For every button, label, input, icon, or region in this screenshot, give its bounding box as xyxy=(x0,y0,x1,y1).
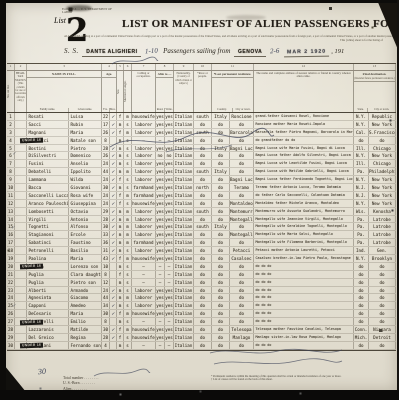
cell: s xyxy=(124,137,132,144)
col-yrs: Yrs. xyxy=(102,108,110,112)
cell: do do do xyxy=(254,263,354,270)
cell xyxy=(15,121,27,128)
cell: yes xyxy=(165,160,174,167)
cell: s xyxy=(124,318,132,325)
cell: Manlago xyxy=(230,334,254,341)
cell: Bostini xyxy=(27,145,69,152)
cell: f xyxy=(117,129,124,136)
cell: N.Y. xyxy=(354,176,369,183)
cell: Montegallo wife Jeannine Virgili, Monteg… xyxy=(254,216,354,223)
cell: s xyxy=(124,302,132,309)
cell xyxy=(15,216,27,223)
cell: m xyxy=(117,239,124,246)
cell: do xyxy=(194,294,212,301)
cell: Giovanni xyxy=(69,184,102,191)
column-number: 3 xyxy=(27,64,102,70)
cell: s xyxy=(124,263,132,270)
cell: s xyxy=(124,152,132,159)
cell: Bacca xyxy=(27,184,69,191)
cell xyxy=(15,271,27,278)
col-nationality: Nationality.(Country of which citizen or… xyxy=(174,71,194,112)
cell: m xyxy=(117,247,124,254)
cell: do xyxy=(230,239,254,246)
passenger-row: 20PugliaLorenzo son10ms———Italiandododod… xyxy=(7,263,396,271)
cell: Giacomo xyxy=(69,294,102,301)
cell: New York xyxy=(369,152,396,159)
cell: do xyxy=(212,271,230,278)
cell: do xyxy=(212,294,230,301)
cell xyxy=(15,168,27,175)
cell: yes xyxy=(156,310,165,317)
cell xyxy=(15,279,27,286)
cell: do xyxy=(212,176,230,183)
cell: south xyxy=(194,223,212,230)
cell: ✓ xyxy=(110,160,117,167)
cell: yes xyxy=(156,208,165,215)
cell: do xyxy=(212,279,230,286)
cell: yes xyxy=(165,223,174,230)
cell: New York xyxy=(369,184,396,191)
cell: yes xyxy=(156,326,165,333)
margin-check-icon: ✓ xyxy=(12,151,16,157)
cell: s xyxy=(124,334,132,341)
cell: N.J. xyxy=(354,184,369,191)
cell: do xyxy=(212,184,230,191)
cell: Italian xyxy=(174,247,194,254)
cell: do grandfather do do xyxy=(254,137,354,144)
handwritten-note: 2-6 xyxy=(270,47,280,56)
cell: do xyxy=(194,176,212,183)
cell: Italian xyxy=(174,255,194,262)
cell: Italy xyxy=(212,223,230,230)
cell: do xyxy=(369,287,396,294)
cell: 30 xyxy=(102,310,110,317)
cell: Detroit xyxy=(369,334,396,341)
cell: 12 xyxy=(102,279,110,286)
cell: — xyxy=(156,318,165,325)
cell: 36 xyxy=(102,239,110,246)
cell: do father Carlo Sacconelli, Colantuan Da… xyxy=(254,192,354,199)
cell: do xyxy=(212,310,230,317)
passenger-row: 6DiSilvestriDomenico26✓mslaborernonoItal… xyxy=(7,152,396,160)
cell: Mich. xyxy=(354,334,369,341)
scan-smudge xyxy=(66,5,92,11)
passenger-row: 28LazzaronisMatilde30✓fmhousewifeyesyesI… xyxy=(7,326,396,334)
cell: yes xyxy=(165,129,174,136)
cell: Ill. xyxy=(354,145,369,152)
under-16-stamp: UNDER 16 xyxy=(20,319,43,324)
cell: do xyxy=(212,216,230,223)
cell: Telesopa xyxy=(230,326,254,333)
cell: Italian xyxy=(174,200,194,207)
cell: do xyxy=(194,121,212,128)
cell: 29 xyxy=(102,208,110,215)
cell: do xyxy=(212,302,230,309)
cell: ✓ xyxy=(110,231,117,238)
cell: — xyxy=(156,263,165,270)
printed-year: , 191 xyxy=(331,48,344,55)
cell: Chicago xyxy=(369,145,396,152)
cell: 16 xyxy=(7,231,15,238)
cell: Wilda xyxy=(69,176,102,183)
cell: yes xyxy=(165,113,174,120)
cell: Italian xyxy=(174,152,194,159)
cell: Italian xyxy=(174,184,194,191)
cell: do xyxy=(212,247,230,254)
cell: m xyxy=(124,326,132,333)
cell: ✓ xyxy=(110,192,117,199)
cell: yes xyxy=(156,255,165,262)
cell: 8 xyxy=(102,271,110,278)
cell xyxy=(15,302,27,309)
cell: New York xyxy=(369,121,396,128)
cell: 20 xyxy=(7,263,15,270)
cell: do xyxy=(369,318,396,325)
cell: ✓ xyxy=(110,208,117,215)
cell: yes xyxy=(165,310,174,317)
cell: housewife xyxy=(132,255,156,262)
cell: 12 xyxy=(7,200,15,207)
cell: 24 xyxy=(102,192,110,199)
cell: do xyxy=(194,247,212,254)
cell: Matilde xyxy=(69,326,102,333)
handwritten-pages: 1-10 xyxy=(145,47,158,56)
cell: do xyxy=(194,302,212,309)
cell: laborer xyxy=(132,152,156,159)
cell: Italy xyxy=(212,113,230,120)
passenger-row: 2SacciRubin17✓mslaboreryesyesItaliandodo… xyxy=(7,121,396,129)
table-header: No. on list. HEAD-TAX STATUS.(This colum… xyxy=(7,71,396,113)
cell: Italian xyxy=(174,263,194,270)
col-nearest-relative: The name and complete address of nearest… xyxy=(254,71,354,112)
cell: Italian xyxy=(174,239,194,246)
cell: yes xyxy=(165,239,174,246)
cell: N.Y. xyxy=(354,255,369,262)
cell: 8 xyxy=(102,318,110,325)
cell: grand-father Giovanni Rosel, Roncione xyxy=(254,113,354,120)
cell: do xyxy=(230,279,254,286)
cell: yes xyxy=(165,216,174,223)
cell xyxy=(15,129,27,136)
cell xyxy=(110,137,117,144)
cell: m xyxy=(124,113,132,120)
cell: Del Greico xyxy=(27,334,69,341)
cell: yes xyxy=(156,302,165,309)
cell: laborer xyxy=(132,247,156,254)
cell xyxy=(15,176,27,183)
cell: 26 xyxy=(102,152,110,159)
cell: farmhand xyxy=(132,239,156,246)
cell: do xyxy=(369,294,396,301)
cell: ✓ xyxy=(110,145,117,152)
col-residence-group: *Last permanent residence. Country.City … xyxy=(212,71,254,112)
cell: Barcarola father Pietro Magnani, Barcaro… xyxy=(254,129,354,136)
cell: Italy xyxy=(212,145,230,152)
ss-label: S. S. xyxy=(64,47,79,55)
cell: Casalsec brother-in-law Pietro Paulo, Re… xyxy=(254,255,354,262)
cell: Italian xyxy=(174,113,194,120)
cell: do xyxy=(369,310,396,317)
cell: do xyxy=(369,279,396,286)
cell: Regina xyxy=(69,334,102,341)
cell: do xyxy=(230,263,254,270)
col-family-name: Family name. xyxy=(27,108,69,112)
cell: s xyxy=(124,279,132,286)
cell: ✓ xyxy=(110,239,117,246)
col-dest-city: City or town. xyxy=(368,108,395,112)
cell: m xyxy=(117,160,124,167)
cell: Teramo father Antonio Lucca, Teramo Data… xyxy=(254,184,354,191)
column-number-strip: 12345678910111213 xyxy=(7,63,396,71)
col-res-country: Country. xyxy=(212,108,233,112)
cell: m xyxy=(117,279,124,286)
cell: Italian xyxy=(174,318,194,325)
cell: m xyxy=(117,263,124,270)
cell: 2 xyxy=(7,121,15,128)
cell: Lorenzo son xyxy=(69,263,102,270)
col-name-group: NAME IN FULL. Family name.Given name. xyxy=(27,71,102,112)
cell: yes xyxy=(156,239,165,246)
sheet-note: This (white) sheet is for the listing of xyxy=(340,38,383,42)
cell: Teramo xyxy=(230,184,254,191)
cell: Giuseppina xyxy=(69,200,102,207)
cell: do xyxy=(230,137,254,144)
scan-noise xyxy=(0,0,1,1)
cell: Ill. xyxy=(354,160,369,167)
cell: m xyxy=(117,208,124,215)
cell: 17 xyxy=(7,239,15,246)
cell: Clara daughter xyxy=(69,271,102,278)
cell: Faustino xyxy=(69,239,102,246)
cell: farmhand xyxy=(132,184,156,191)
cell: laborer xyxy=(132,121,156,128)
cell: Montegallo wife Filomena Barberini, Mont… xyxy=(254,239,354,246)
cell: do xyxy=(194,271,212,278)
cell: m xyxy=(117,223,124,230)
cell: yes xyxy=(165,168,174,175)
cell: — xyxy=(132,271,156,278)
passenger-row: 21PugliaClara daughter8fs———Italiandodod… xyxy=(7,271,396,279)
cell: m xyxy=(124,310,132,317)
cell: yes xyxy=(156,223,165,230)
cell: Kenosha xyxy=(369,208,396,215)
cell: Montegallo wife Marta Salvi, Montegallo xyxy=(254,231,354,238)
cell: ✓ xyxy=(110,216,117,223)
cell: m xyxy=(117,231,124,238)
cell: 7 xyxy=(7,160,15,167)
cell: housewife xyxy=(132,334,156,341)
cell: yes xyxy=(165,287,174,294)
passenger-row: 8DebatelliIppolito44✓mmlaboreryesyesItal… xyxy=(7,168,396,176)
cell: 4 xyxy=(7,137,15,144)
cell: m xyxy=(117,121,124,128)
cell xyxy=(15,287,27,294)
cell: Rosati xyxy=(27,113,69,120)
cell: — xyxy=(132,263,156,270)
cell: ✓ xyxy=(110,247,117,254)
cell: yes xyxy=(156,129,165,136)
cell: Republic xyxy=(369,113,396,120)
cell: 13 xyxy=(7,208,15,215)
cell: Antonio xyxy=(69,216,102,223)
col-no-on-list: No. on list. xyxy=(7,71,15,112)
cell: yes xyxy=(156,168,165,175)
cell: 21 xyxy=(7,271,15,278)
cell: yes xyxy=(165,255,174,262)
passenger-row: 18PetronelliBasilio31✓mslaboreryesyesIta… xyxy=(7,247,396,255)
cell: f xyxy=(117,200,124,207)
cell: Italian xyxy=(174,287,194,294)
cell: ✓ xyxy=(110,152,117,159)
cell: Italian xyxy=(174,160,194,167)
cell: New York xyxy=(369,200,396,207)
cell: Gen. xyxy=(369,247,396,254)
cell: do xyxy=(212,334,230,341)
column-number: 11 xyxy=(212,64,254,70)
cell: s xyxy=(124,200,132,207)
margin-check-icon: ✓ xyxy=(12,303,16,309)
cell: Capponi xyxy=(27,302,69,309)
cell xyxy=(15,231,27,238)
passenger-row: 15TognettiAlfonso30✓mmlaboreryesyesItali… xyxy=(7,223,396,231)
cell: 24 xyxy=(102,287,110,294)
cell: housewife xyxy=(132,310,156,317)
col-age-group: Age. Yrs.Mos. xyxy=(102,71,117,112)
cell: Italian xyxy=(174,279,194,286)
cell: Debatelli xyxy=(27,168,69,175)
cell xyxy=(110,279,117,286)
scan-edge xyxy=(0,0,399,3)
scanned-manifest-screenshot: { "header": { "form_note": "Form 500 A —… xyxy=(0,0,399,400)
passenger-row: 14VirgiliAntonio28✓mmlaboreryesyesItalia… xyxy=(7,216,396,224)
passenger-row: 4FiorucciNatale son8ms———Italiandodododo… xyxy=(7,137,396,145)
cell: Italian xyxy=(174,176,194,183)
cell: yes xyxy=(165,145,174,152)
cell: laborer xyxy=(132,223,156,230)
cell: Luisa xyxy=(69,113,102,120)
cell: do xyxy=(212,160,230,167)
cell: Lazzaronis xyxy=(27,326,69,333)
column-number: 12 xyxy=(254,64,354,70)
cell: Pa. xyxy=(354,168,369,175)
cell: Pa. xyxy=(354,239,369,246)
cell: 30 xyxy=(102,184,110,191)
cell: do xyxy=(230,342,254,349)
cell: 22 xyxy=(102,113,110,120)
passenger-row: 1RosatiLuisa22✓fmhousewifeyesyesItalians… xyxy=(7,113,396,121)
cell: Bagni Lucca with Matilde Gabrielli, Bagn… xyxy=(254,168,354,175)
cell: ✓ xyxy=(110,302,117,309)
cell: 26 xyxy=(7,310,15,317)
cell: do xyxy=(230,152,254,159)
cell: Montemurro xyxy=(230,208,254,215)
cell: do xyxy=(194,326,212,333)
cell: do do do xyxy=(254,318,354,325)
passenger-row: 11Sacconelli LuccaRosa wife24✓fmfarmhand… xyxy=(7,192,396,200)
col-mos: Mos. xyxy=(110,108,117,112)
cell: DiSilvestri xyxy=(27,152,69,159)
cell: 33 xyxy=(102,231,110,238)
cell: yes xyxy=(165,294,174,301)
cell: do do do xyxy=(254,279,354,286)
cell: no xyxy=(156,152,165,159)
cell: ✓ xyxy=(110,121,117,128)
cell: Italian xyxy=(174,231,194,238)
cell: ✓ xyxy=(110,184,117,191)
col-sex: Sex. xyxy=(117,71,124,112)
cell: 8 xyxy=(102,137,110,144)
cell: yes xyxy=(156,231,165,238)
cell: Montegallo xyxy=(230,231,254,238)
cell: Latrobe xyxy=(369,223,396,230)
cell: yes xyxy=(165,302,174,309)
cell: do xyxy=(369,342,396,349)
cell: DeCesaris xyxy=(27,310,69,317)
cell: do xyxy=(212,129,230,136)
cell: ✓ xyxy=(110,287,117,294)
cell: Montegallo xyxy=(230,216,254,223)
cell: m xyxy=(117,184,124,191)
cell: Latrobe xyxy=(369,216,396,223)
cell: do xyxy=(194,255,212,262)
cell: 44 xyxy=(102,294,110,301)
cell: laborer xyxy=(132,145,156,152)
cell: do xyxy=(194,137,212,144)
cell: Alberti xyxy=(27,287,69,294)
cell: 30 xyxy=(102,223,110,230)
handwritten-total: 30 xyxy=(38,367,47,377)
cell xyxy=(15,184,27,191)
cell: Pa. xyxy=(354,223,369,230)
cell xyxy=(15,152,27,159)
cell: Lammana xyxy=(27,176,69,183)
cell: 30 xyxy=(102,326,110,333)
cell: housewife xyxy=(132,326,156,333)
cell: yes xyxy=(165,176,174,183)
cell: ✓ xyxy=(110,223,117,230)
column-number: 6 xyxy=(124,64,132,70)
cell: yes xyxy=(165,326,174,333)
column-number: 2 xyxy=(15,64,27,70)
cell: — xyxy=(165,263,174,270)
passenger-row: 30RamaglaniFernando son4ms———Italiandodo… xyxy=(7,342,396,350)
cell: Virgili xyxy=(27,216,69,223)
cell: m xyxy=(124,216,132,223)
cell: do xyxy=(354,279,369,286)
cell: Pa. xyxy=(354,231,369,238)
cell: — xyxy=(165,318,174,325)
col-read: Read. xyxy=(156,108,165,112)
cell: Italian xyxy=(174,310,194,317)
cell xyxy=(110,263,117,270)
cell: Roncione xyxy=(230,113,254,120)
cell: yes xyxy=(165,192,174,199)
cell: 31 xyxy=(102,247,110,254)
cell: Bagni Lucca father Ferdinando Tognetti, … xyxy=(254,176,354,183)
cell: Manlago sister-in-law Rosa Pompini, Manl… xyxy=(254,334,354,341)
col-dest-state: State. xyxy=(354,108,368,112)
cell: 23 xyxy=(7,287,15,294)
cell: do xyxy=(194,160,212,167)
cell: do xyxy=(212,287,230,294)
cell: Italian xyxy=(174,168,194,175)
manifest-table: 12345678910111213 No. on list. HEAD-TAX … xyxy=(7,63,396,351)
cell: yes xyxy=(165,184,174,191)
cell: — xyxy=(156,279,165,286)
cell: Montaldeo xyxy=(230,200,254,207)
cell: do xyxy=(212,208,230,215)
cell: m xyxy=(124,223,132,230)
